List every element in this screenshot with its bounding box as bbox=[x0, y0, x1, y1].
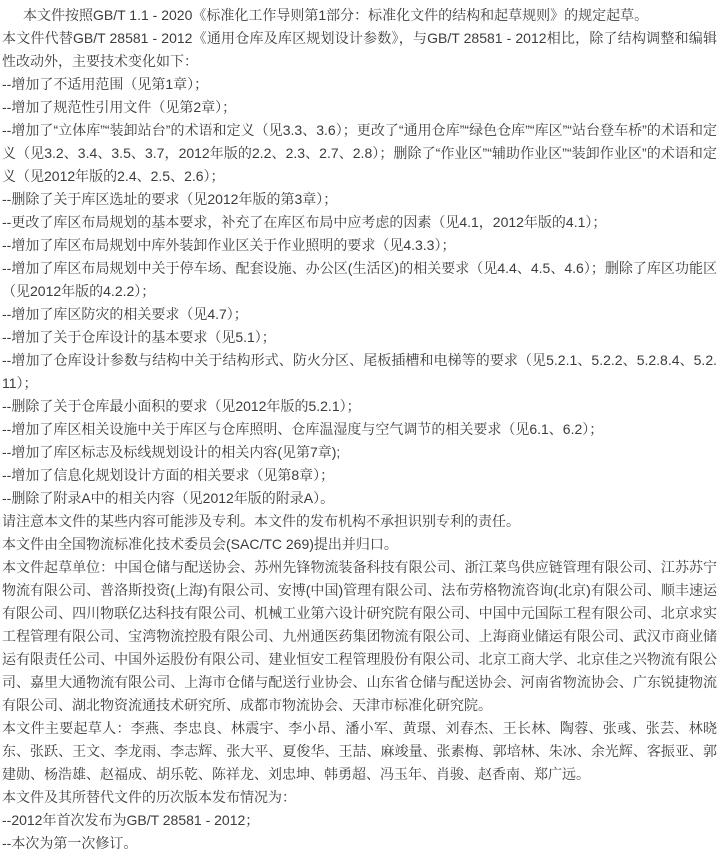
change-list-item: --增加了规范性引用文件（见第2章）； bbox=[2, 96, 717, 119]
revision-history-item: --本次为第一次修订。 bbox=[2, 832, 717, 855]
drafting-basis-paragraph: 本文件按照GB/T 1.1 - 2020《标准化工作导则第1部分：标准化文件的结… bbox=[2, 4, 717, 27]
change-list-item: --增加了库区防灾的相关要求（见4.7）； bbox=[2, 303, 717, 326]
committee-statement: 本文件由全国物流标准化技术委员会(SAC/TC 269)提出并归口。 bbox=[2, 533, 717, 556]
change-list-item: --增加了库区布局规划中库外装卸作业区关于作业照明的要求（见4.3.3）； bbox=[2, 234, 717, 257]
drafting-organizations: 本文件起草单位：中国仓储与配送协会、苏州先锋物流装备科技有限公司、浙江菜鸟供应链… bbox=[2, 556, 717, 717]
change-list-item: --删除了关于库区选址的要求（见2012年版的第3章）； bbox=[2, 188, 717, 211]
change-list-item: --增加了库区相关设施中关于库区与仓库照明、仓库温湿度与空气调节的相关要求（见6… bbox=[2, 418, 717, 441]
revision-history-intro: 本文件及其所替代文件的历次版本发布情况为： bbox=[2, 786, 717, 809]
change-list-item: --删除了附录A中的相关内容（见2012年版的附录A）。 bbox=[2, 487, 717, 510]
change-list-item: --增加了库区布局规划中关于停车场、配套设施、办公区(生活区)的相关要求（见4.… bbox=[2, 257, 717, 303]
foreword-document: 本文件按照GB/T 1.1 - 2020《标准化工作导则第1部分：标准化文件的结… bbox=[0, 0, 718, 861]
change-list-item: --增加了信息化规划设计方面的相关要求（见第8章）； bbox=[2, 464, 717, 487]
change-list-item: --更改了库区布局规划的基本要求，补充了在库区布局中应考虑的因素（见4.1，20… bbox=[2, 211, 717, 234]
change-list-item: --增加了仓库设计参数与结构中关于结构形式、防火分区、尾板插槽和电梯等的要求（见… bbox=[2, 349, 717, 395]
replacement-statement: 本文件代替GB/T 28581 - 2012《通用仓库及库区规划设计参数》，与G… bbox=[2, 27, 717, 73]
change-list-item: --增加了关于仓库设计的基本要求（见5.1）； bbox=[2, 326, 717, 349]
revision-history-item: --2012年首次发布为GB/T 28581 - 2012； bbox=[2, 809, 717, 832]
change-list-item: --增加了不适用范围（见第1章）； bbox=[2, 73, 717, 96]
change-list-item: --增加了“立体库”“装卸站台”的术语和定义（见3.3、3.6）；更改了“通用仓… bbox=[2, 119, 717, 188]
change-list-item: --增加了库区标志及标线规划设计的相关内容(见第7章); bbox=[2, 441, 717, 464]
main-drafters: 本文件主要起草人：李燕、李忠良、林震宇、李小昂、潘小军、黄璟、刘春杰、王长林、陶… bbox=[2, 717, 717, 786]
patent-notice: 请注意本文件的某些内容可能涉及专利。本文件的发布机构不承担识别专利的责任。 bbox=[2, 510, 717, 533]
change-list-item: --删除了关于仓库最小面积的要求（见2012年版的5.2.1）； bbox=[2, 395, 717, 418]
